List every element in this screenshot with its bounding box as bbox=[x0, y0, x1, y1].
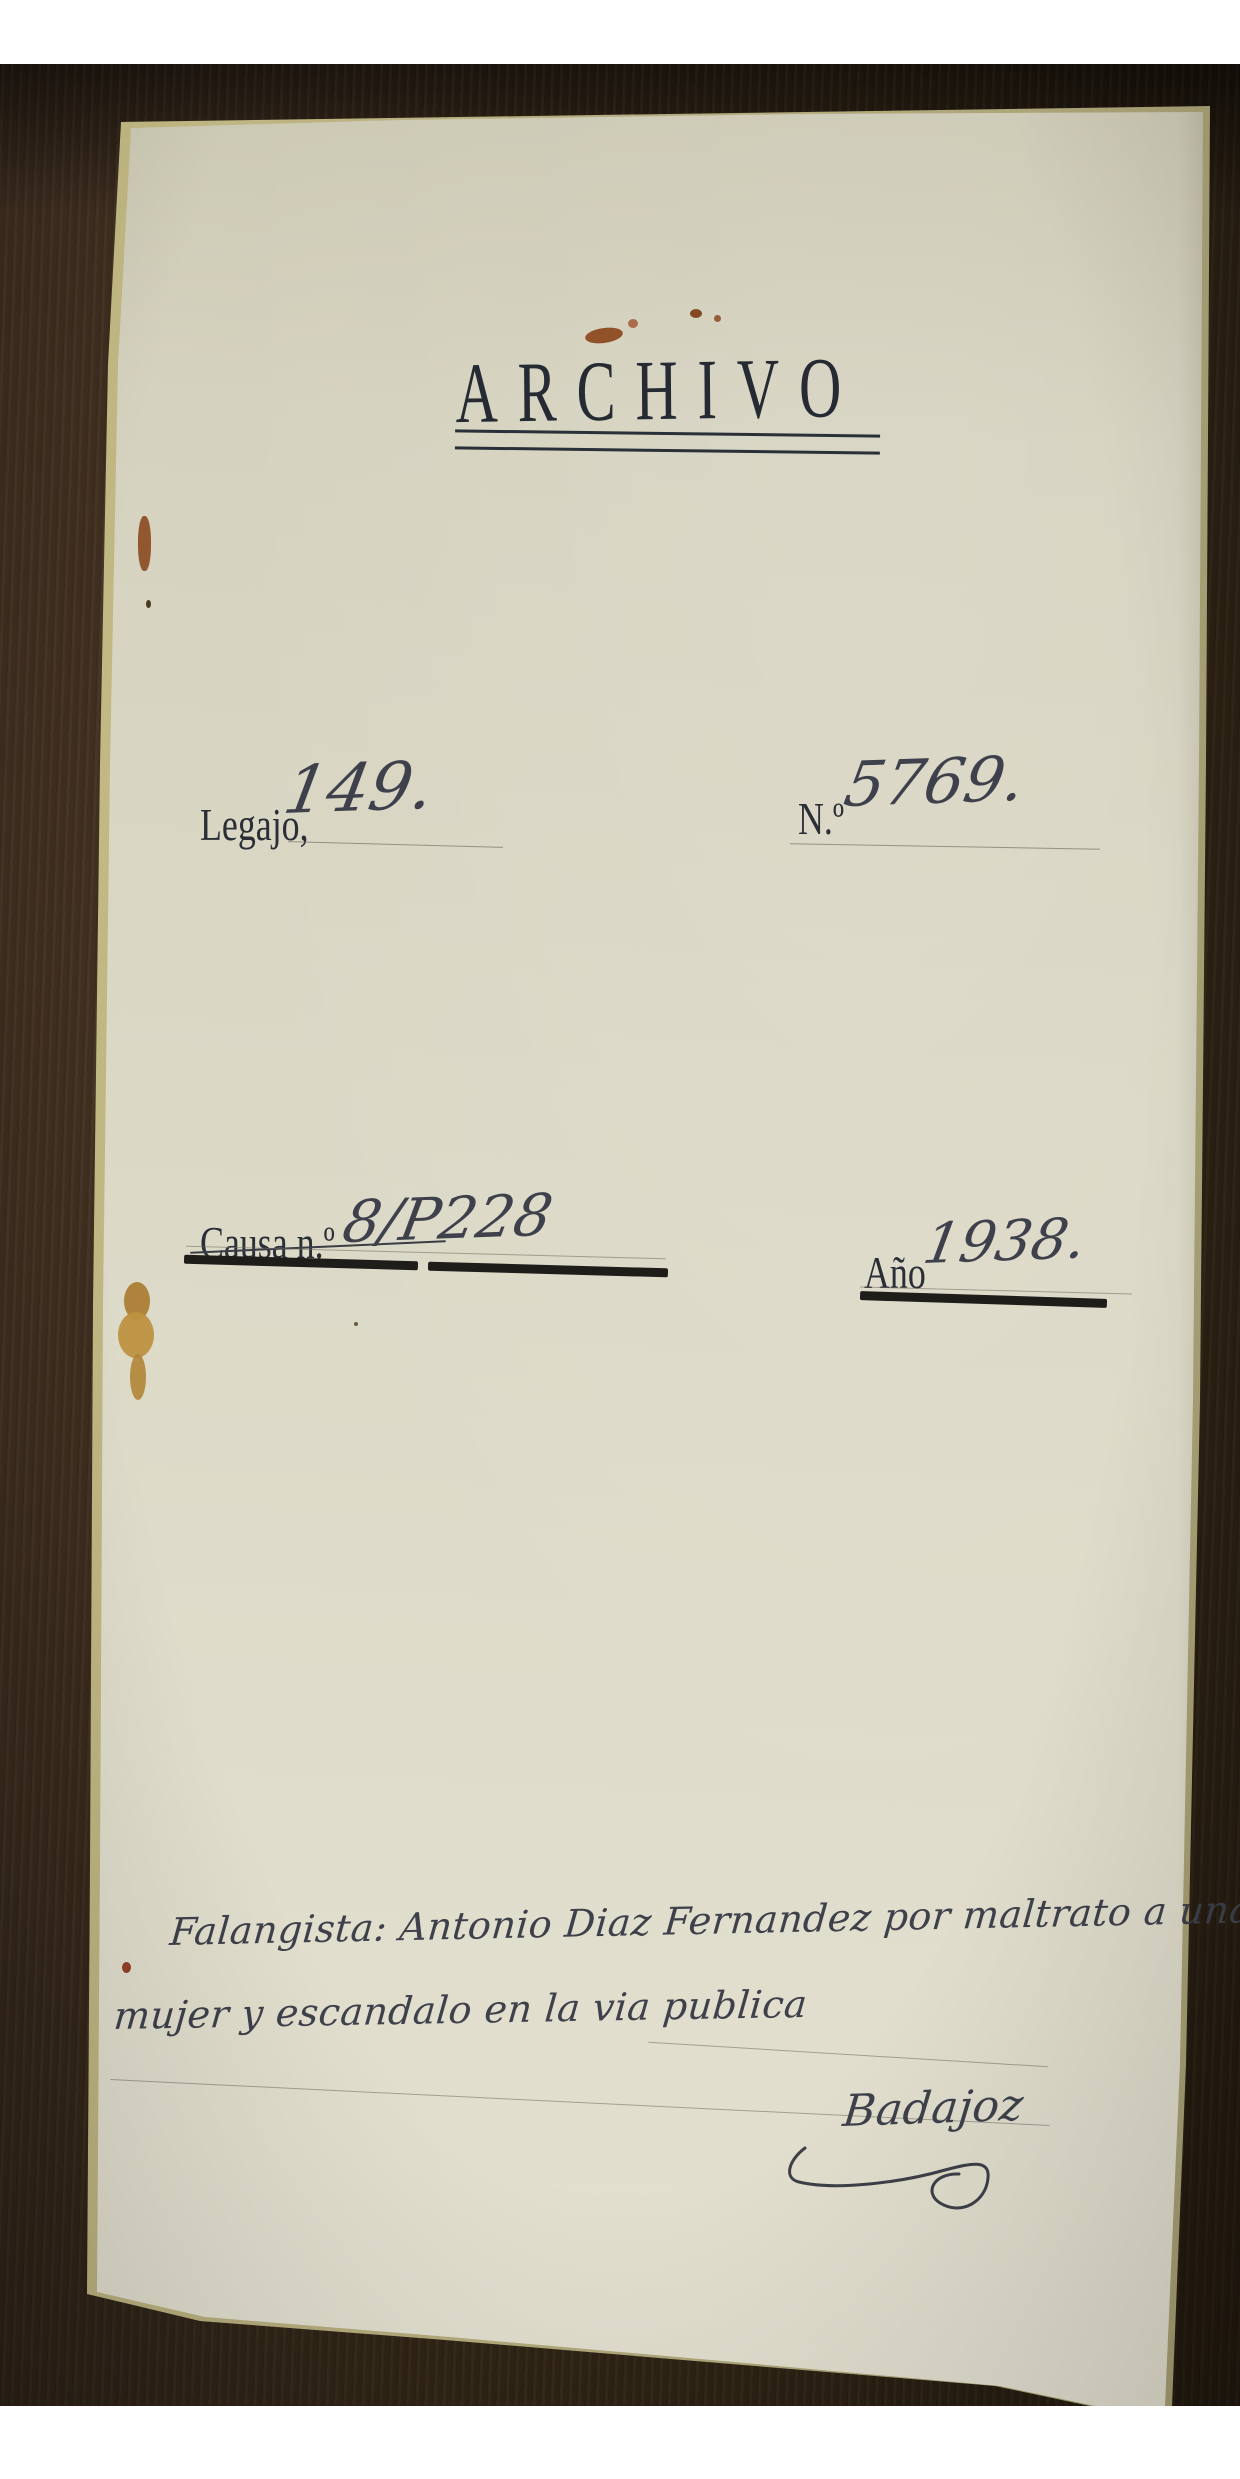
red-speck bbox=[122, 1962, 131, 1973]
causa-value-handwritten: 8/P228 bbox=[338, 1181, 558, 1256]
signature-flourish bbox=[775, 2134, 1025, 2254]
causa-heavy-underline-right bbox=[428, 1262, 668, 1278]
rust-stain bbox=[628, 319, 638, 328]
edge-rust-stain bbox=[138, 516, 151, 571]
rust-stain bbox=[690, 309, 702, 318]
rust-stain bbox=[714, 315, 721, 322]
amber-stain bbox=[130, 1354, 146, 1400]
anio-value-handwritten: 1938. bbox=[918, 1206, 1091, 1277]
legajo-value-handwritten: 149. bbox=[278, 747, 440, 829]
annotation-line-1: Falangista: Antonio Diaz Fernandez por m… bbox=[168, 1887, 1240, 1954]
legajo-fill-line bbox=[288, 841, 503, 848]
annotation-ruled-line-1 bbox=[648, 2042, 1047, 2067]
photo-of-archive-document: ARCHIVO Legajo, 149. N.º 5769. Causa n.º… bbox=[0, 64, 1240, 2406]
anio-heavy-underline bbox=[860, 1291, 1107, 1308]
annotation-line-2: mujer y escandalo en la via publica bbox=[112, 1982, 809, 2038]
flourish-stroke bbox=[775, 2134, 1025, 2254]
amber-stain bbox=[118, 1312, 154, 1358]
numero-label: N.º bbox=[798, 792, 844, 845]
title-double-underline bbox=[455, 429, 880, 454]
document-content: ARCHIVO Legajo, 149. N.º 5769. Causa n.º… bbox=[0, 64, 1240, 2406]
archive-title: ARCHIVO bbox=[236, 334, 1080, 447]
numero-fill-line bbox=[790, 843, 1100, 849]
ink-speck bbox=[354, 1322, 358, 1326]
place-name-handwritten: Badajoz bbox=[841, 2080, 1027, 2137]
edge-speck bbox=[146, 600, 151, 608]
numero-value-handwritten: 5769. bbox=[839, 742, 1031, 821]
